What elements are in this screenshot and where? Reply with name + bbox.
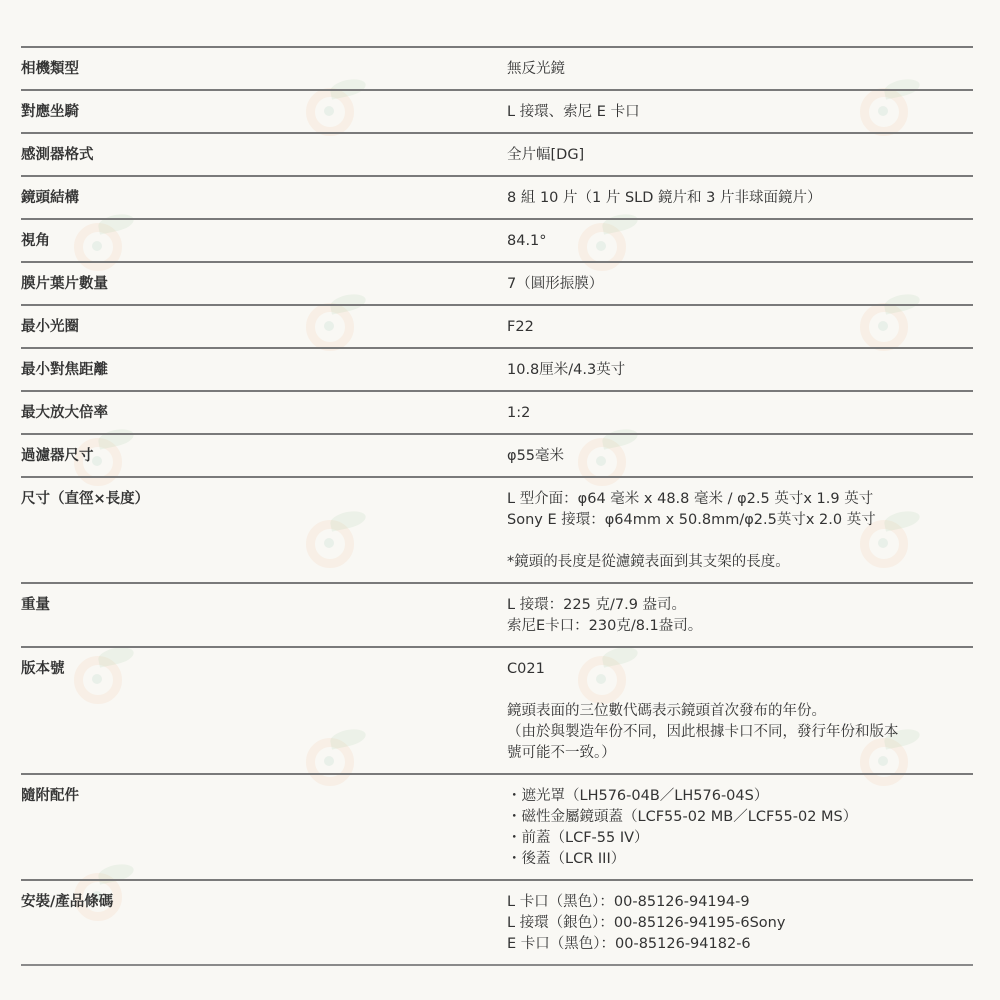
spec-row-camera-type: 相機類型 無反光鏡 [21,47,973,90]
spec-value: 7（圓形振膜） [507,262,973,305]
spec-value: C021 鏡頭表面的三位數代碼表示鏡頭首次發布的年份。 （由於與製造年份不同，因… [507,647,973,774]
spec-label: 尺寸（直徑×長度） [21,477,507,583]
spec-label: 最小光圈 [21,305,507,348]
spec-row-max-magnification: 最大放大倍率 1:2 [21,391,973,434]
spec-row-weight: 重量 L 接環：225 克/7.9 盎司。 索尼E卡口：230克/8.1盎司。 [21,583,973,647]
spec-label: 最大放大倍率 [21,391,507,434]
spec-row-barcode: 安裝/產品條碼 L 卡口（黑色）：00-85126-94194-9 L 接環（銀… [21,880,973,965]
spec-value: 84.1° [507,219,973,262]
spec-table: 相機類型 無反光鏡 對應坐騎 L 接環、索尼 E 卡口 感測器格式 全片幅[DG… [21,46,973,966]
spec-value: 1:2 [507,391,973,434]
spec-row-dimensions: 尺寸（直徑×長度） L 型介面：φ64 毫米 x 48.8 毫米 / φ2.5 … [21,477,973,583]
spec-label: 安裝/產品條碼 [21,880,507,965]
spec-value: L 接環：225 克/7.9 盎司。 索尼E卡口：230克/8.1盎司。 [507,583,973,647]
spec-value: F22 [507,305,973,348]
spec-row-diaphragm-blades: 膜片葉片數量 7（圓形振膜） [21,262,973,305]
spec-value: 無反光鏡 [507,47,973,90]
spec-label: 版本號 [21,647,507,774]
spec-row-mount: 對應坐騎 L 接環、索尼 E 卡口 [21,90,973,133]
spec-row-min-aperture: 最小光圈 F22 [21,305,973,348]
spec-label: 隨附配件 [21,774,507,880]
spec-label: 過濾器尺寸 [21,434,507,477]
spec-value: L 卡口（黑色）：00-85126-94194-9 L 接環（銀色）：00-85… [507,880,973,965]
spec-value: ・遮光罩（LH576-04B／LH576-04S） ・磁性金屬鏡頭蓋（LCF55… [507,774,973,880]
spec-row-angle-of-view: 視角 84.1° [21,219,973,262]
spec-row-sensor-format: 感測器格式 全片幅[DG] [21,133,973,176]
spec-label: 鏡頭結構 [21,176,507,219]
spec-label: 對應坐騎 [21,90,507,133]
spec-row-min-focus-distance: 最小對焦距離 10.8厘米/4.3英寸 [21,348,973,391]
spec-row-filter-size: 過濾器尺寸 φ55毫米 [21,434,973,477]
spec-label: 感測器格式 [21,133,507,176]
spec-value: 10.8厘米/4.3英寸 [507,348,973,391]
spec-value: L 型介面：φ64 毫米 x 48.8 毫米 / φ2.5 英寸x 1.9 英寸… [507,477,973,583]
spec-row-accessories: 隨附配件 ・遮光罩（LH576-04B／LH576-04S） ・磁性金屬鏡頭蓋（… [21,774,973,880]
spec-label: 最小對焦距離 [21,348,507,391]
spec-value: L 接環、索尼 E 卡口 [507,90,973,133]
spec-row-version-number: 版本號 C021 鏡頭表面的三位數代碼表示鏡頭首次發布的年份。 （由於與製造年份… [21,647,973,774]
spec-label: 重量 [21,583,507,647]
spec-value: φ55毫米 [507,434,973,477]
spec-value: 全片幅[DG] [507,133,973,176]
spec-row-lens-construction: 鏡頭結構 8 組 10 片（1 片 SLD 鏡片和 3 片非球面鏡片） [21,176,973,219]
spec-label: 膜片葉片數量 [21,262,507,305]
spec-label: 相機類型 [21,47,507,90]
spec-value: 8 組 10 片（1 片 SLD 鏡片和 3 片非球面鏡片） [507,176,973,219]
spec-label: 視角 [21,219,507,262]
